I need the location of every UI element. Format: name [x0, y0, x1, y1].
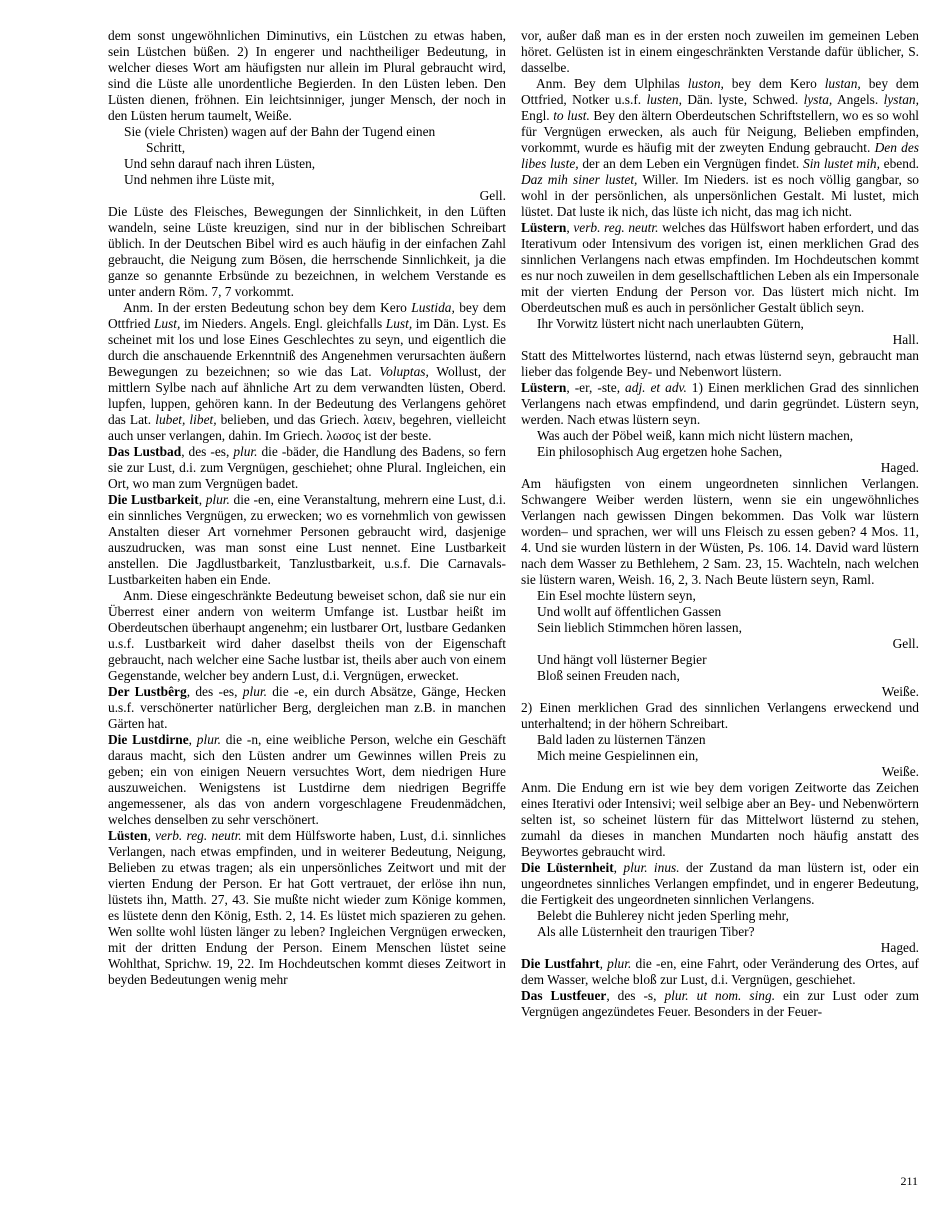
text-segment: mit dem Hülfsworte haben, Lust, d.i. sin… [108, 828, 506, 987]
verse-quote-poebel: Was auch der Pöbel weiß, kann mich nicht… [521, 428, 919, 460]
text-segment: der an dem Leben ein Vergnügen findet. [579, 156, 803, 171]
text-segment: , des -es, [187, 684, 243, 699]
italic-term: Lust, [154, 316, 180, 331]
entry-luesten: Lüsten, verb. reg. neutr. mit dem Hülfsw… [108, 828, 506, 988]
italic-term: Lustida, [411, 300, 455, 315]
verse-attribution: Gell. [521, 636, 919, 652]
headword: Lüstern [521, 380, 566, 395]
text-segment: Anm. Die Endung ern ist wie bey dem vori… [521, 780, 919, 859]
italic-term: verb. reg. neutr. [155, 828, 242, 843]
text-segment: vor, außer daß man es in der ersten noch… [521, 28, 919, 75]
anm-luestern-ending: Anm. Die Endung ern ist wie bey dem vori… [521, 780, 919, 860]
para-mittelwort: Statt des Mittelwortes lüsternd, nach et… [521, 348, 919, 380]
dictionary-page: dem sonst ungewöhnlichen Diminutivs, ein… [0, 0, 935, 1210]
verse-line: Sein lieblich Stimmchen hören lassen, [537, 620, 919, 636]
italic-term: plur. ut nom. sing. [664, 988, 775, 1003]
italic-term: plur. [206, 492, 230, 507]
italic-term: plur. [233, 444, 257, 459]
verse-line: Und wollt auf öffentlichen Gassen [537, 604, 919, 620]
italic-term: lubet, libet, [155, 412, 216, 427]
verse-attribution: Haged. [521, 460, 919, 476]
entry-lust-continuation: dem sonst ungewöhnlichen Diminutivs, ein… [108, 28, 506, 124]
entry-luesternheit: Die Lüsternheit, plur. inus. der Zustand… [521, 860, 919, 908]
entry-luesten-continuation: vor, außer daß man es in der ersten noch… [521, 28, 919, 76]
verse-quote-buhlerey: Belebt die Buhlerey nicht jeden Sperling… [521, 908, 919, 940]
italic-term: adj. et adv. [625, 380, 687, 395]
italic-term: lystan, [884, 92, 919, 107]
italic-term: lustan, [825, 76, 861, 91]
text-segment: , -er, -ste, [566, 380, 625, 395]
entry-luestern-verb: Lüstern, verb. reg. neutr. welches das H… [521, 220, 919, 316]
verse-attribution: Weiße. [521, 684, 919, 700]
verse-line: Belebt die Buhlerey nicht jeden Sperling… [537, 908, 919, 924]
entry-lustbarkeit: Die Lustbarkeit, plur. die -en, eine Ver… [108, 492, 506, 588]
verse-line: Ein philosophisch Aug ergetzen hohe Sach… [537, 444, 919, 460]
text-segment: Dän. lyste, Schwed. [682, 92, 804, 107]
text-segment: Anm. Diese eingeschränkte Bedeutung bewe… [108, 588, 506, 683]
text-segment: Statt des Mittelwortes lüsternd, nach et… [521, 348, 919, 379]
italic-term: Lust, [386, 316, 412, 331]
headword: Die Lustbarkeit [108, 492, 199, 507]
text-segment: Anm. Bey dem Ulphilas [536, 76, 688, 91]
headword: Lüsten [108, 828, 147, 843]
headword: Die Lustfahrt [521, 956, 600, 971]
text-segment: im Nieders. Angels. Engl. gleichfalls [180, 316, 385, 331]
headword: Das Lustfeuer [521, 988, 606, 1003]
text-segment: , [614, 860, 624, 875]
italic-term: Voluptas, [379, 364, 428, 379]
verse-attribution: Hall. [521, 332, 919, 348]
italic-term: verb. reg. neutr. [573, 220, 658, 235]
entry-lustdirne: Die Lustdirne, plur. die -n, eine weibli… [108, 732, 506, 828]
text-segment: , des -s, [606, 988, 664, 1003]
verse-attribution: Gell. [108, 188, 506, 204]
verse-line: Ihr Vorwitz lüstert nicht nach unerlaubt… [537, 316, 919, 332]
italic-term: lysta, [804, 92, 833, 107]
para-luestern-usage: Am häufigsten von einem ungeordneten sin… [521, 476, 919, 588]
verse-line: Und sehn darauf nach ihren Lüsten, [124, 156, 506, 172]
verse-attribution: Weiße. [521, 764, 919, 780]
entry-luestern-adj: Lüstern, -er, -ste, adj. et adv. 1) Eine… [521, 380, 919, 428]
text-segment: , des -es, [181, 444, 233, 459]
page-number: 211 [900, 1174, 918, 1188]
text-segment: Engl. [521, 108, 553, 123]
text-segment: 2) Einen merklichen Grad des sinnlichen … [521, 700, 919, 731]
para-luestern-2: 2) Einen merklichen Grad des sinnlichen … [521, 700, 919, 732]
headword: Der Lustbêrg [108, 684, 187, 699]
verse-line: Mich meine Gespielinnen ein, [537, 748, 919, 764]
anm-luesten-etymology: Anm. Bey dem Ulphilas luston, bey dem Ke… [521, 76, 919, 220]
italic-term: plur. [607, 956, 631, 971]
para-lust-biblical: Die Lüste des Fleisches, Bewegungen der … [108, 204, 506, 300]
verse-quote-esel: Ein Esel mochte lüstern seyn,Und wollt a… [521, 588, 919, 636]
headword: Das Lustbad [108, 444, 181, 459]
right-column: vor, außer daß man es in der ersten noch… [521, 28, 919, 1020]
verse-line: Bloß seinen Freuden nach, [537, 668, 919, 684]
italic-term: Daz mih siner lustet, [521, 172, 637, 187]
verse-line: Schritt, [124, 140, 506, 156]
italic-term: Sin lustet mih, [803, 156, 880, 171]
left-column: dem sonst ungewöhnlichen Diminutivs, ein… [108, 28, 506, 1020]
entry-lustbad: Das Lustbad, des -es, plur. die -bäder, … [108, 444, 506, 492]
headword: Die Lustdirne [108, 732, 189, 747]
verse-quote-taenze: Bald laden zu lüsternen TänzenMich meine… [521, 732, 919, 764]
verse-attribution: Haged. [521, 940, 919, 956]
text-segment: , [600, 956, 608, 971]
anm-lustbarkeit: Anm. Diese eingeschränkte Bedeutung bewe… [108, 588, 506, 684]
text-columns: dem sonst ungewöhnlichen Diminutivs, ein… [108, 28, 919, 1020]
verse-quote-vorwitz: Ihr Vorwitz lüstert nicht nach unerlaubt… [521, 316, 919, 332]
verse-line: Und nehmen ihre Lüste mit, [124, 172, 506, 188]
verse-line: Was auch der Pöbel weiß, kann mich nicht… [537, 428, 919, 444]
text-segment: Anm. In der ersten Bedeutung schon bey d… [123, 300, 411, 315]
italic-term: plur. [197, 732, 221, 747]
verse-line: Ein Esel mochte lüstern seyn, [537, 588, 919, 604]
verse-line: Bald laden zu lüsternen Tänzen [537, 732, 919, 748]
entry-lustfahrt: Die Lustfahrt, plur. die -en, eine Fahrt… [521, 956, 919, 988]
text-segment: ebend. [880, 156, 919, 171]
verse-quote-begier: Und hängt voll lüsterner BegierBloß sein… [521, 652, 919, 684]
italic-term: plur. inus. [623, 860, 679, 875]
verse-line: Und hängt voll lüsterner Begier [537, 652, 919, 668]
text-segment: bey dem Kero [724, 76, 825, 91]
text-segment: , [147, 828, 155, 843]
verse-line: Als alle Lüsternheit den traurigen Tiber… [537, 924, 919, 940]
italic-term: to lust. [553, 108, 590, 123]
italic-term: plur. [243, 684, 267, 699]
text-segment: Am häufigsten von einem ungeordneten sin… [521, 476, 919, 587]
anm-lust-etymology: Anm. In der ersten Bedeutung schon bey d… [108, 300, 506, 444]
verse-line: Sie (viele Christen) wagen auf der Bahn … [124, 124, 506, 140]
text-segment: Die Lüste des Fleisches, Bewegungen der … [108, 204, 506, 299]
text-segment: , [189, 732, 197, 747]
entry-lustberg: Der Lustbêrg, des -es, plur. die -e, ein… [108, 684, 506, 732]
text-segment: Angels. [832, 92, 883, 107]
verse-quote-christen: Sie (viele Christen) wagen auf der Bahn … [108, 124, 506, 188]
italic-term: luston, [688, 76, 724, 91]
italic-term: lusten, [647, 92, 682, 107]
text-segment: , [199, 492, 206, 507]
entry-lustfeuer: Das Lustfeuer, des -s, plur. ut nom. sin… [521, 988, 919, 1020]
headword: Lüstern [521, 220, 566, 235]
headword: Die Lüsternheit [521, 860, 614, 875]
text-segment: dem sonst ungewöhnlichen Diminutivs, ein… [108, 28, 506, 123]
